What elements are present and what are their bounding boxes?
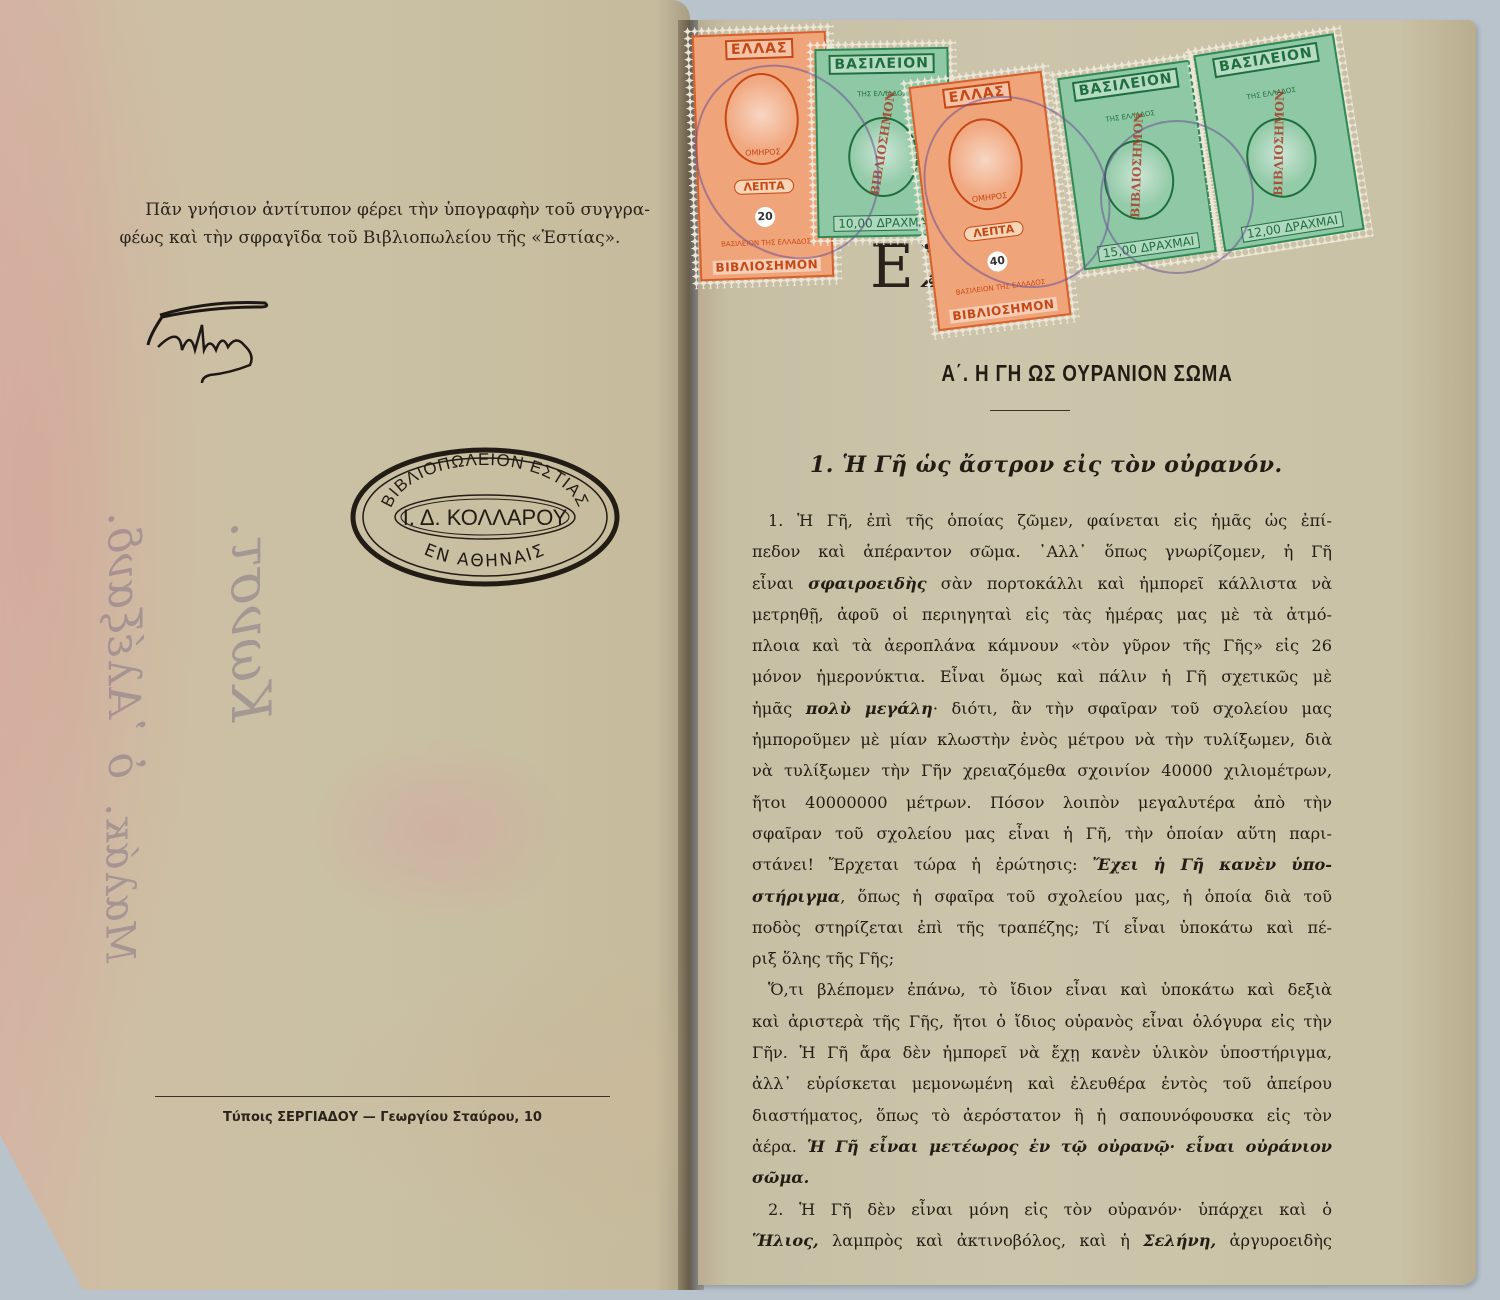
text-line: πλοια καὶ τὰ ἀεροπλάνα κάμνουν «τὸν γῦρο… — [752, 630, 1332, 661]
svg-text:ΒΙΒΛΙΟΠΩΛΕΙΟΝ ΕΣΤΙΑΣ: ΒΙΒΛΙΟΠΩΛΕΙΟΝ ΕΣΤΙΑΣ — [377, 450, 592, 510]
torn-corner — [0, 1170, 40, 1290]
text-line: μόνον ἡμερονύκτια. Εἶναι ὅμως καὶ πάλιν … — [752, 661, 1332, 692]
stamp-label: ΒΙΒΛΙΟΣΗΜΟΝ — [712, 257, 821, 275]
text-line: μετρηθῇ, ἀφοῦ οἱ περιηγηταὶ εἰς τὰς ἡμέρ… — [752, 599, 1332, 630]
stamp-issuer: ΒΑΣΙΛΕΙΟΝ ΤΗΣ ΕΛΛΑΔΟΣ — [955, 278, 1045, 297]
text-line: ἀλλ᾿ εὑρίσκεται μεμονωμένη καὶ ἐλευθέρα … — [752, 1068, 1332, 1099]
text-line: πεδον καὶ ἀπέραντον σῶμα. ᾿Αλλ᾿ ὅπως γνω… — [752, 536, 1332, 567]
text-line: στήριγμα, ὅπως ἡ σφαῖρα τοῦ σχολείου μας… — [752, 881, 1332, 912]
author-signature — [140, 295, 280, 385]
printer-imprint: Τύποις ΣΕΡΓΙΑΔΟΥ — Γεωργίου Σταύρου, 10 — [155, 1110, 610, 1125]
subsection-title: 1. Ἡ Γῆ ὡς ἄστρον εἰς τὸν οὐρανόν. — [810, 452, 1330, 478]
text-line: εἶναι σφαιροειδὴς σὰν πορτοκάλλι καὶ ἠμπ… — [752, 568, 1332, 599]
notice-line: φέως καὶ τὴν σφραγῖδα τοῦ Βιβλιοπωλείου … — [90, 224, 650, 252]
stamp-portrait-name: ΟΜΗΡΟΣ — [745, 148, 781, 158]
stamp-subheader: ΤΗΣ ΕΛΛΑΔΟΣ — [1105, 109, 1155, 124]
body-text: 1. Ἡ Γῆ, ἐπὶ τῆς ὁποίας ζῶμεν, φαίνεται … — [752, 505, 1332, 1256]
handwriting-mark: ὁ ᾿Αλέξανδ. — [98, 512, 149, 779]
notice-line: Πᾶν γνήσιον ἀντίτυπον φέρει τὴν ὑπογραφὴ… — [90, 196, 650, 224]
svg-text:ΕΝ ΑΘΗΝΑΙΣ: ΕΝ ΑΘΗΝΑΙΣ — [421, 540, 548, 571]
stamp-value: 40 — [986, 250, 1008, 272]
stamp-header: ΒΑΣΙΛΕΙΟΝ — [828, 53, 935, 75]
text-line: σῶμα. — [752, 1162, 1332, 1193]
stamp-top-text: ΒΙΒΛΙΟΠΩΛΕΙΟΝ ΕΣΤΙΑΣ — [377, 450, 592, 510]
stamp-issuer: ΒΑΣΙΛΕΙΟΝ ΤΗΣ ΕΛΛΑΔΟΣ — [721, 237, 811, 248]
stamp-value: 20 — [755, 206, 776, 227]
open-book: ὁ ᾿Αλέξανδ. Κωνστ. Μαλάκ. Πᾶν γνήσιον ἀν… — [0, 0, 1500, 1300]
section-title: Α΄. Η ΓΗ ΩΣ ΟΥΡΑΝΙΟΝ ΣΩΜΑ — [768, 360, 1406, 387]
stamp-country: ΕΛΛΑΣ — [725, 38, 794, 60]
text-line: στάνει! Ἔρχεται τώρα ἡ ἐρώτησις: Ἔχει ἡ … — [752, 849, 1332, 880]
text-line: ἡμᾶς πολὺ μεγάλη· διότι, ἂν τὴν σφαῖραν … — [752, 693, 1332, 724]
footer-divider — [155, 1096, 610, 1097]
stamp-unit: ΛΕΠΤΑ — [734, 178, 794, 195]
text-line: Ὅ,τι βλέπομεν ἐπάνω, τὸ ἴδιον εἶναι καὶ … — [752, 974, 1332, 1005]
stamp-unit: ΛΕΠΤΑ — [963, 221, 1024, 243]
stamp-portrait-name: ΟΜΗΡΟΣ — [971, 191, 1007, 204]
handwriting-mark: Κωνστ. — [219, 521, 282, 722]
text-line: ποδὸς στηρίζεται ἐπὶ τῆς τραπέζης; Τί εἶ… — [752, 912, 1332, 943]
text-line: καὶ ἀριστερὰ τῆς Γῆς, ἤτοι ὁ ἴδιος οὐραν… — [752, 1006, 1332, 1037]
text-line: ριξ ὅλης τῆς Γῆς; — [752, 943, 1332, 974]
authenticity-notice: Πᾶν γνήσιον ἀντίτυπον φέρει τὴν ὑπογραφὴ… — [90, 196, 650, 252]
text-line: ἀέρα. Ἡ Γῆ εἶναι μετέωρος ἐν τῷ οὐρανῷ· … — [752, 1131, 1332, 1162]
text-line: 1. Ἡ Γῆ, ἐπὶ τῆς ὁποίας ζῶμεν, φαίνεται … — [752, 505, 1332, 536]
portrait-medallion-icon: ΟΜΗΡΟΣ — [943, 114, 1028, 214]
handwriting-mark: Μαλάκ. — [97, 803, 143, 962]
text-line: νὰ τυλίξωμεν τὴν Γῆν χρειαζόμεθα σχοινίο… — [752, 755, 1332, 786]
text-line: ἠμποροῦμεν μὲ μίαν κλωστὴν ἑνὸς μέτρου ν… — [752, 724, 1332, 755]
stamp-bottom-text: ΕΝ ΑΘΗΝΑΙΣ — [421, 540, 548, 571]
text-line: σφαῖραν τοῦ σχολείου μας εἶναι ἡ Γῆ, τὴν… — [752, 818, 1332, 849]
bookseller-stamp: ΒΙΒΛΙΟΠΩΛΕΙΟΝ ΕΣΤΙΑΣ Ι. Δ. ΚΟΛΛΑΡΟΥ ΕΝ Α… — [350, 447, 620, 587]
stamp-country: ΕΛΛΑΣ — [942, 81, 1013, 109]
revenue-stamp-green-12: ΒΑΣΙΛΕΙΟΝ ΤΗΣ ΕΛΛΑΔΟΣ 12,00 ΔΡΑΧΜΑΙ ΒΙΒΛ… — [1184, 24, 1374, 261]
text-line: 2. Ἡ Γῆ δὲν εἶναι μόνη εἰς τὸν οὐρανόν· … — [752, 1194, 1332, 1225]
text-line: ἤτοι 40000000 μέτρων. Πόσον λοιπὸν μεγαλ… — [752, 787, 1332, 818]
stamp-overprint: ΒΙΒΛΙΟΣΗΜΟΝ — [1271, 89, 1287, 195]
portrait-medallion-icon: ΟΜΗΡΟΣ — [723, 72, 800, 167]
title-divider — [990, 410, 1070, 411]
text-line: Γῆν. Ἡ Γῆ ἄρα δὲν ἠμπορεῖ νὰ ἔχῃ κανὲν ὑ… — [752, 1037, 1332, 1068]
text-line: διαστήματος, ὅπως τὸ ἀερόστατον ἢ ἡ σαπο… — [752, 1100, 1332, 1131]
stamp-subheader: ΤΗΣ ΕΛΛΑΔΟΣ — [1246, 85, 1296, 101]
stamp-center-text: Ι. Δ. ΚΟΛΛΑΡΟΥ — [403, 505, 568, 530]
text-line: Ἥλιος, λαμπρὸς καὶ ἀκτινοβόλος, καὶ ἡ Σε… — [752, 1225, 1332, 1256]
